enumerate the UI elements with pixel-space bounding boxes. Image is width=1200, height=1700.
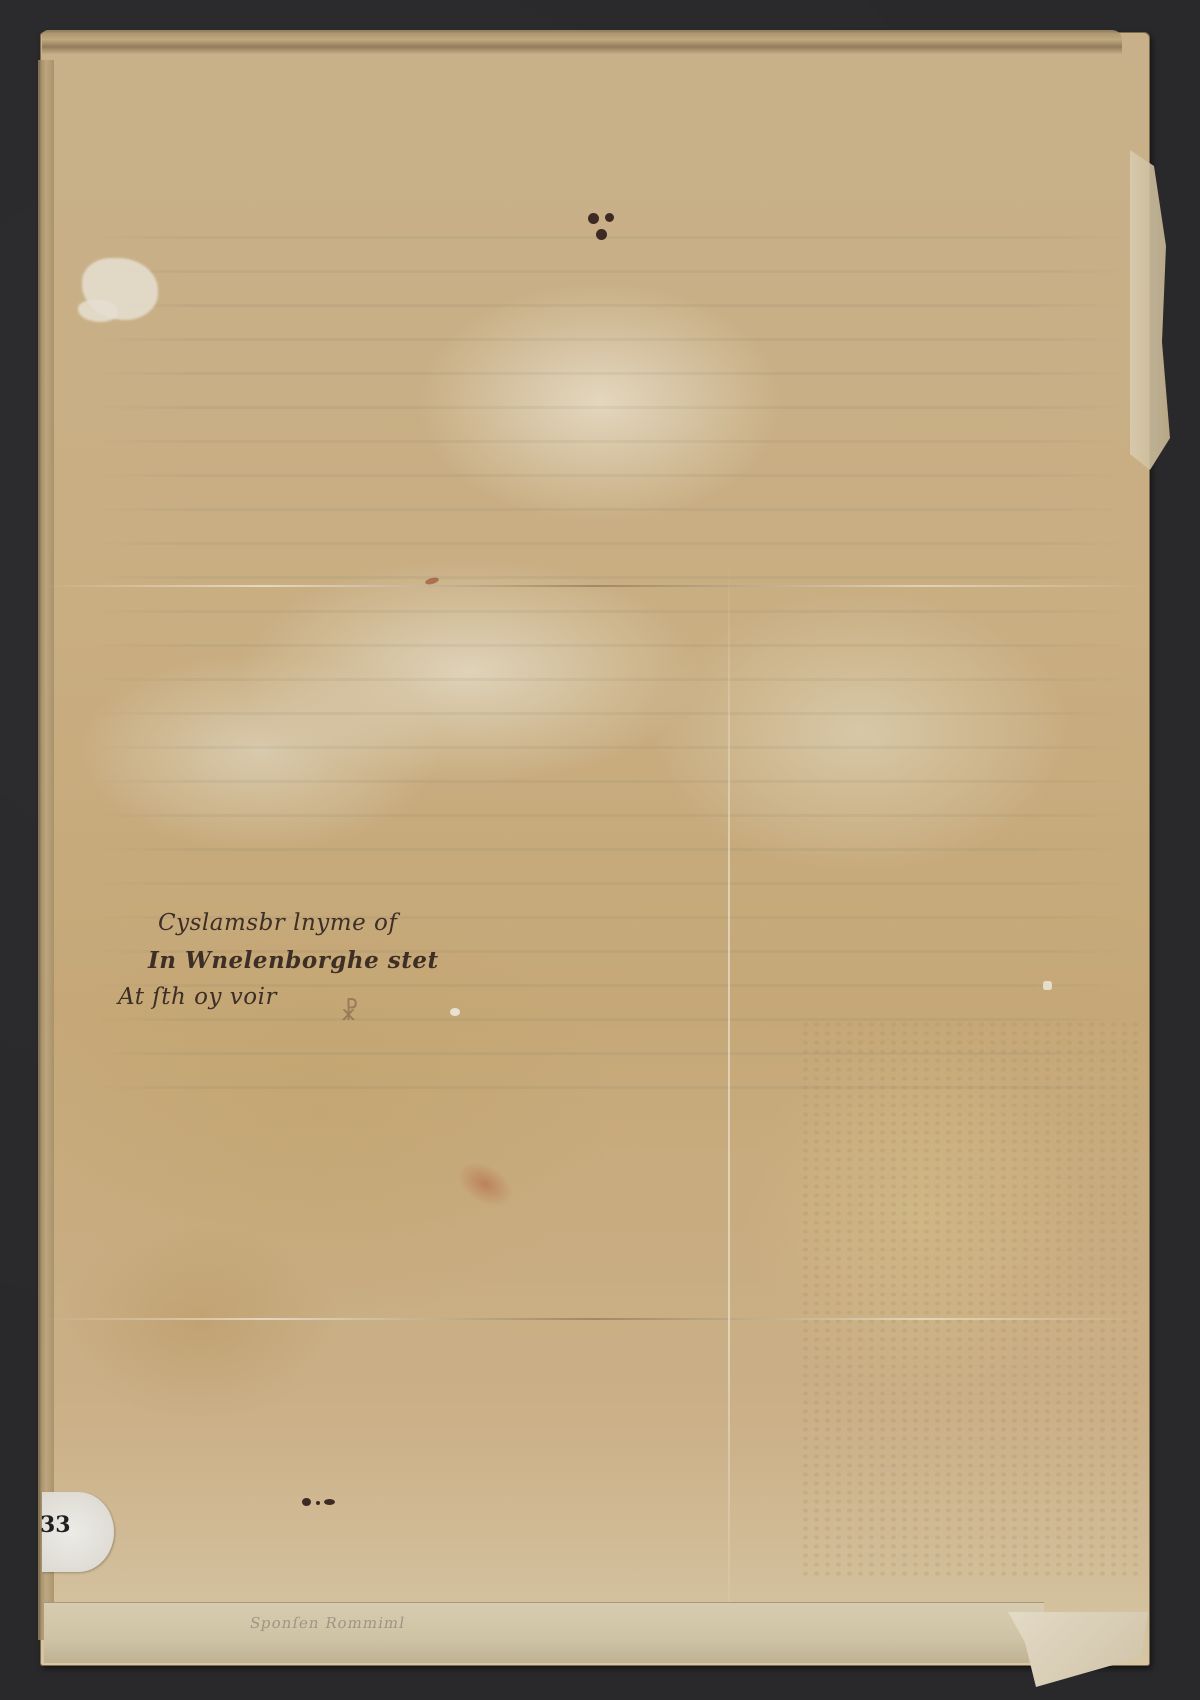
endorsement-line-2: In Wnelenborghe stet bbox=[118, 942, 439, 979]
monogram-mark: ☧ bbox=[340, 998, 359, 1026]
dorsal-endorsement: Cyslamsbr lnyme of In Wnelenborghe stet … bbox=[118, 905, 439, 1016]
endorsement-line-1: Cyslamsbr lnyme of bbox=[118, 905, 439, 942]
parchment-hole bbox=[450, 1008, 460, 1016]
horizontal-fold-line bbox=[44, 585, 1144, 587]
hair-follicle-texture bbox=[800, 1020, 1140, 1580]
left-folded-edge bbox=[38, 60, 54, 1640]
vertical-fold-line bbox=[728, 560, 730, 1660]
bottom-turnover-strip bbox=[44, 1602, 1044, 1663]
bottom-ink-mark bbox=[302, 1498, 342, 1508]
endorsement-line-3: At ſth oy voir bbox=[118, 979, 439, 1016]
top-folded-edge bbox=[42, 30, 1122, 54]
three-dot-mark bbox=[588, 207, 628, 247]
archive-label-number: 33 bbox=[40, 1512, 71, 1538]
parchment-hole bbox=[1043, 981, 1052, 990]
bottom-strip-text: Sponſen Rommiml bbox=[248, 1614, 406, 1632]
horizontal-fold-line bbox=[44, 1318, 1144, 1320]
